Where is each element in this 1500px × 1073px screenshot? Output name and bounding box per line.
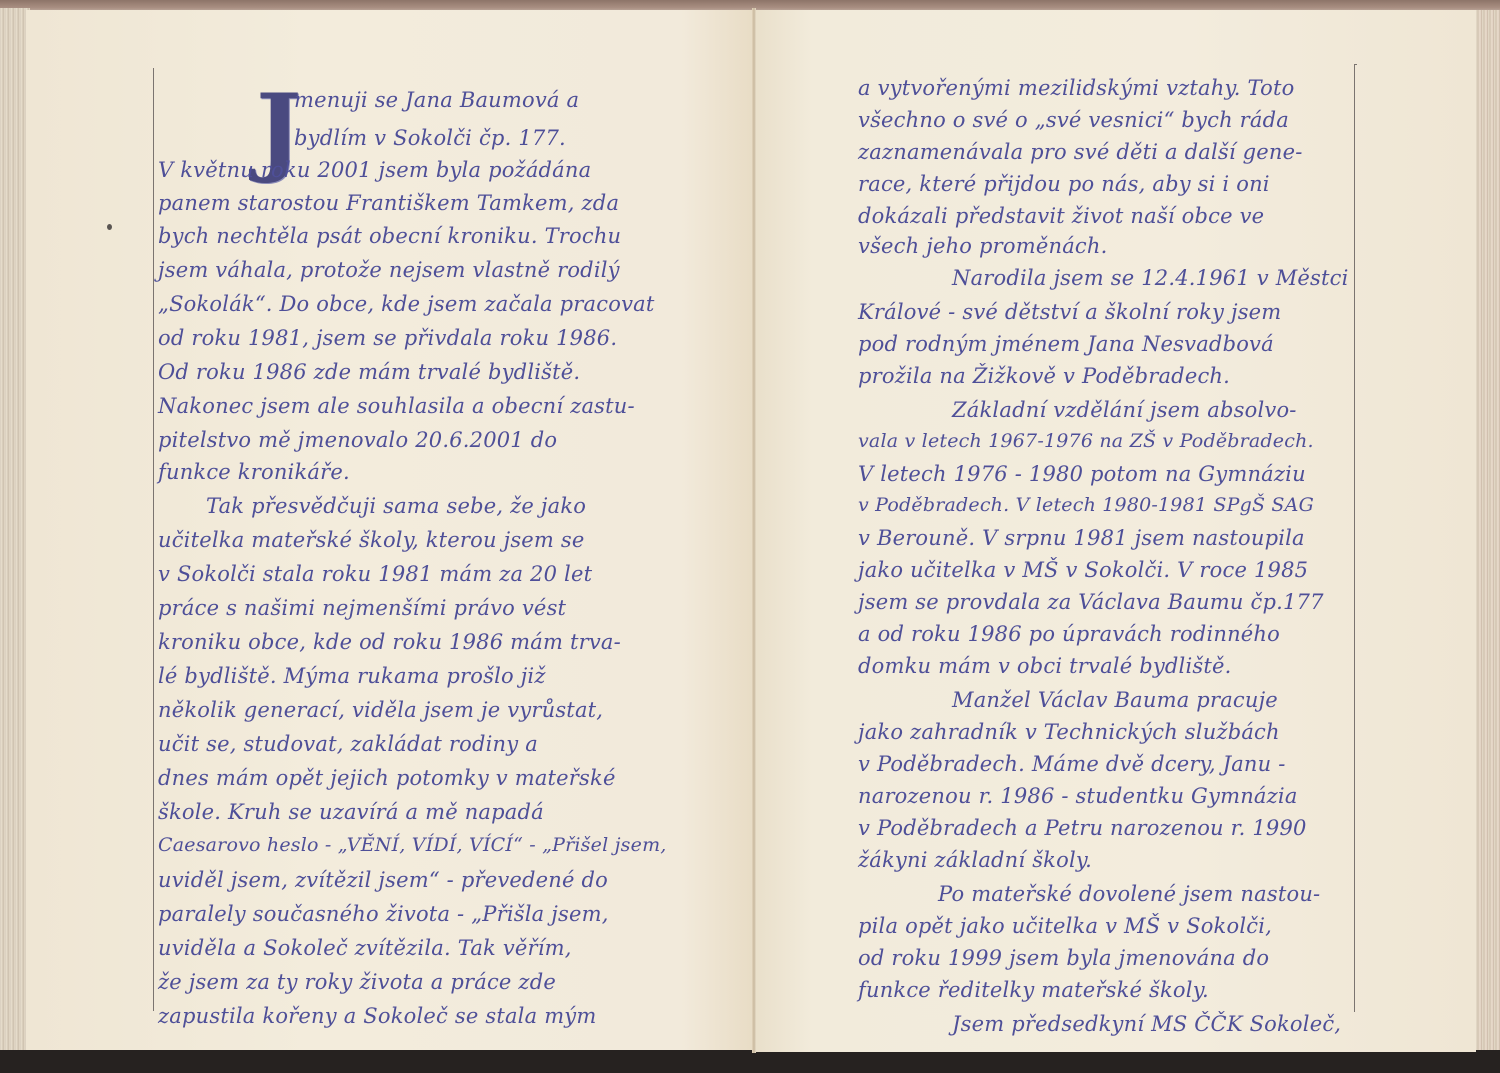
text-line: uviděl jsem, zvítězil jsem“ - převedené … <box>158 870 608 891</box>
text-line: kroniku obce, kde od roku 1986 mám trva- <box>158 632 621 653</box>
text-line: „Sokolák“. Do obce, kde jsem začala prac… <box>158 294 655 315</box>
text-line: bych nechtěla psát obecní kroniku. Troch… <box>158 226 621 247</box>
text-line: pitelstvo mě jmenovalo 20.6.2001 do <box>158 430 557 451</box>
text-line: práce s našimi nejmenšími právo vést <box>158 598 566 619</box>
text-line: a vytvořenými mezilidskými vztahy. Toto <box>858 78 1294 99</box>
text-line: uviděla a Sokoleč zvítězila. Tak věřím, <box>158 938 572 959</box>
text-line: menuji se Jana Baumová a <box>294 90 579 111</box>
text-line: pila opět jako učitelka v MŠ v Sokolči, <box>858 916 1272 937</box>
text-line: dokázali představit život naší obce ve <box>858 206 1264 227</box>
text-line: Manžel Václav Bauma pracuje <box>952 690 1278 711</box>
text-line: funkce ředitelky mateřské školy. <box>858 980 1209 1001</box>
book-spine-gutter <box>752 8 756 1053</box>
text-line: domku mám v obci trvalé bydliště. <box>858 656 1232 677</box>
text-line: všechno o své o „své vesnici“ bych ráda <box>858 110 1289 131</box>
text-line: v Sokolči stala roku 1981 mám za 20 let <box>158 564 592 585</box>
text-line: učit se, studovat, zakládat rodiny a <box>158 734 538 755</box>
text-line: a od roku 1986 po úpravách rodinného <box>858 624 1280 645</box>
text-line: zapustila kořeny a Sokoleč se stala mým <box>158 1006 597 1027</box>
text-line: Tak přesvědčuji sama sebe, že jako <box>206 496 586 517</box>
text-line: panem starostou Františkem Tamkem, zda <box>158 193 619 214</box>
text-line: v Poděbradech a Petru narozenou r. 1990 <box>858 818 1307 839</box>
text-line: prožila na Žižkově v Poděbradech. <box>858 366 1230 387</box>
text-line: Narodila jsem se 12.4.1961 v Městci <box>952 268 1349 289</box>
text-line: vala v letech 1967-1976 na ZŠ v Poděbrad… <box>858 432 1314 451</box>
text-line: zaznamenávala pro své děti a další gene- <box>858 142 1303 163</box>
text-line: jsem váhala, protože nejsem vlastně rodi… <box>158 260 620 281</box>
text-line: Po mateřské dovolené jsem nastou- <box>938 884 1320 905</box>
text-line: jako učitelka v MŠ v Sokolči. V roce 198… <box>858 560 1308 581</box>
text-line: v Poděbradech. Máme dvě dcery, Janu - <box>858 754 1286 775</box>
text-line: Nakonec jsem ale souhlasila a obecní zas… <box>158 396 635 417</box>
left-margin-rule <box>153 68 154 1011</box>
text-line: pod rodným jménem Jana Nesvadbová <box>858 334 1274 355</box>
text-line: v Poděbradech. V letech 1980-1981 SPgŠ S… <box>858 496 1314 515</box>
text-line: že jsem za ty roky života a práce zde <box>158 972 556 993</box>
text-line: race, které přijdou po nás, aby si i oni <box>858 174 1270 195</box>
text-line: bydlím v Sokolči čp. 177. <box>294 128 566 149</box>
text-line: škole. Kruh se uzavírá a mě napadá <box>158 802 544 823</box>
text-line: narozenou r. 1986 - studentku Gymnázia <box>858 786 1298 807</box>
right-page-text: a vytvořenými mezilidskými vztahy. Toto … <box>858 0 1358 1073</box>
text-line: od roku 1999 jsem byla jmenována do <box>858 948 1269 969</box>
text-line: učitelka mateřské školy, kterou jsem se <box>158 530 585 551</box>
left-page-text: menuji se Jana Baumová a bydlím v Sokolč… <box>158 0 718 1073</box>
text-line: jako zahradník v Technických službách <box>858 722 1280 743</box>
text-line: dnes mám opět jejich potomky v mateřské <box>158 768 616 789</box>
text-line: žákyni základní školy. <box>858 850 1092 871</box>
text-line: funkce kronikáře. <box>158 462 350 483</box>
text-line: Od roku 1986 zde mám trvalé bydliště. <box>158 362 580 383</box>
ink-dot-mark <box>107 224 112 230</box>
text-line: lé bydliště. Mýma rukama prošlo již <box>158 666 546 687</box>
text-line: v Berouně. V srpnu 1981 jsem nastoupila <box>858 528 1305 549</box>
text-line: Jsem předsedkyní MS ČČK Sokoleč, <box>952 1014 1341 1035</box>
text-line: Caesarovo heslo - „VĚNÍ, VÍDÍ, VÍCÍ“ - „… <box>158 836 667 855</box>
text-line: paralely současného života - „Přišla jse… <box>158 904 609 925</box>
text-line: Králové - své dětství a školní roky jsem <box>858 302 1281 323</box>
text-line: několik generací, viděla jsem je vyrůsta… <box>158 700 603 721</box>
text-line: všech jeho proměnách. <box>858 236 1107 257</box>
open-book-spread: J menuji se Jana Baumová a bydlím v Soko… <box>0 0 1500 1073</box>
text-line: V letech 1976 - 1980 potom na Gymnáziu <box>858 464 1306 485</box>
text-line: Základní vzdělání jsem absolvo- <box>952 400 1297 421</box>
text-line: od roku 1981, jsem se přivdala roku 1986… <box>158 328 617 349</box>
text-line: V květnu roku 2001 jsem byla požádána <box>158 160 591 181</box>
text-line: jsem se provdala za Václava Baumu čp.177 <box>858 592 1324 613</box>
